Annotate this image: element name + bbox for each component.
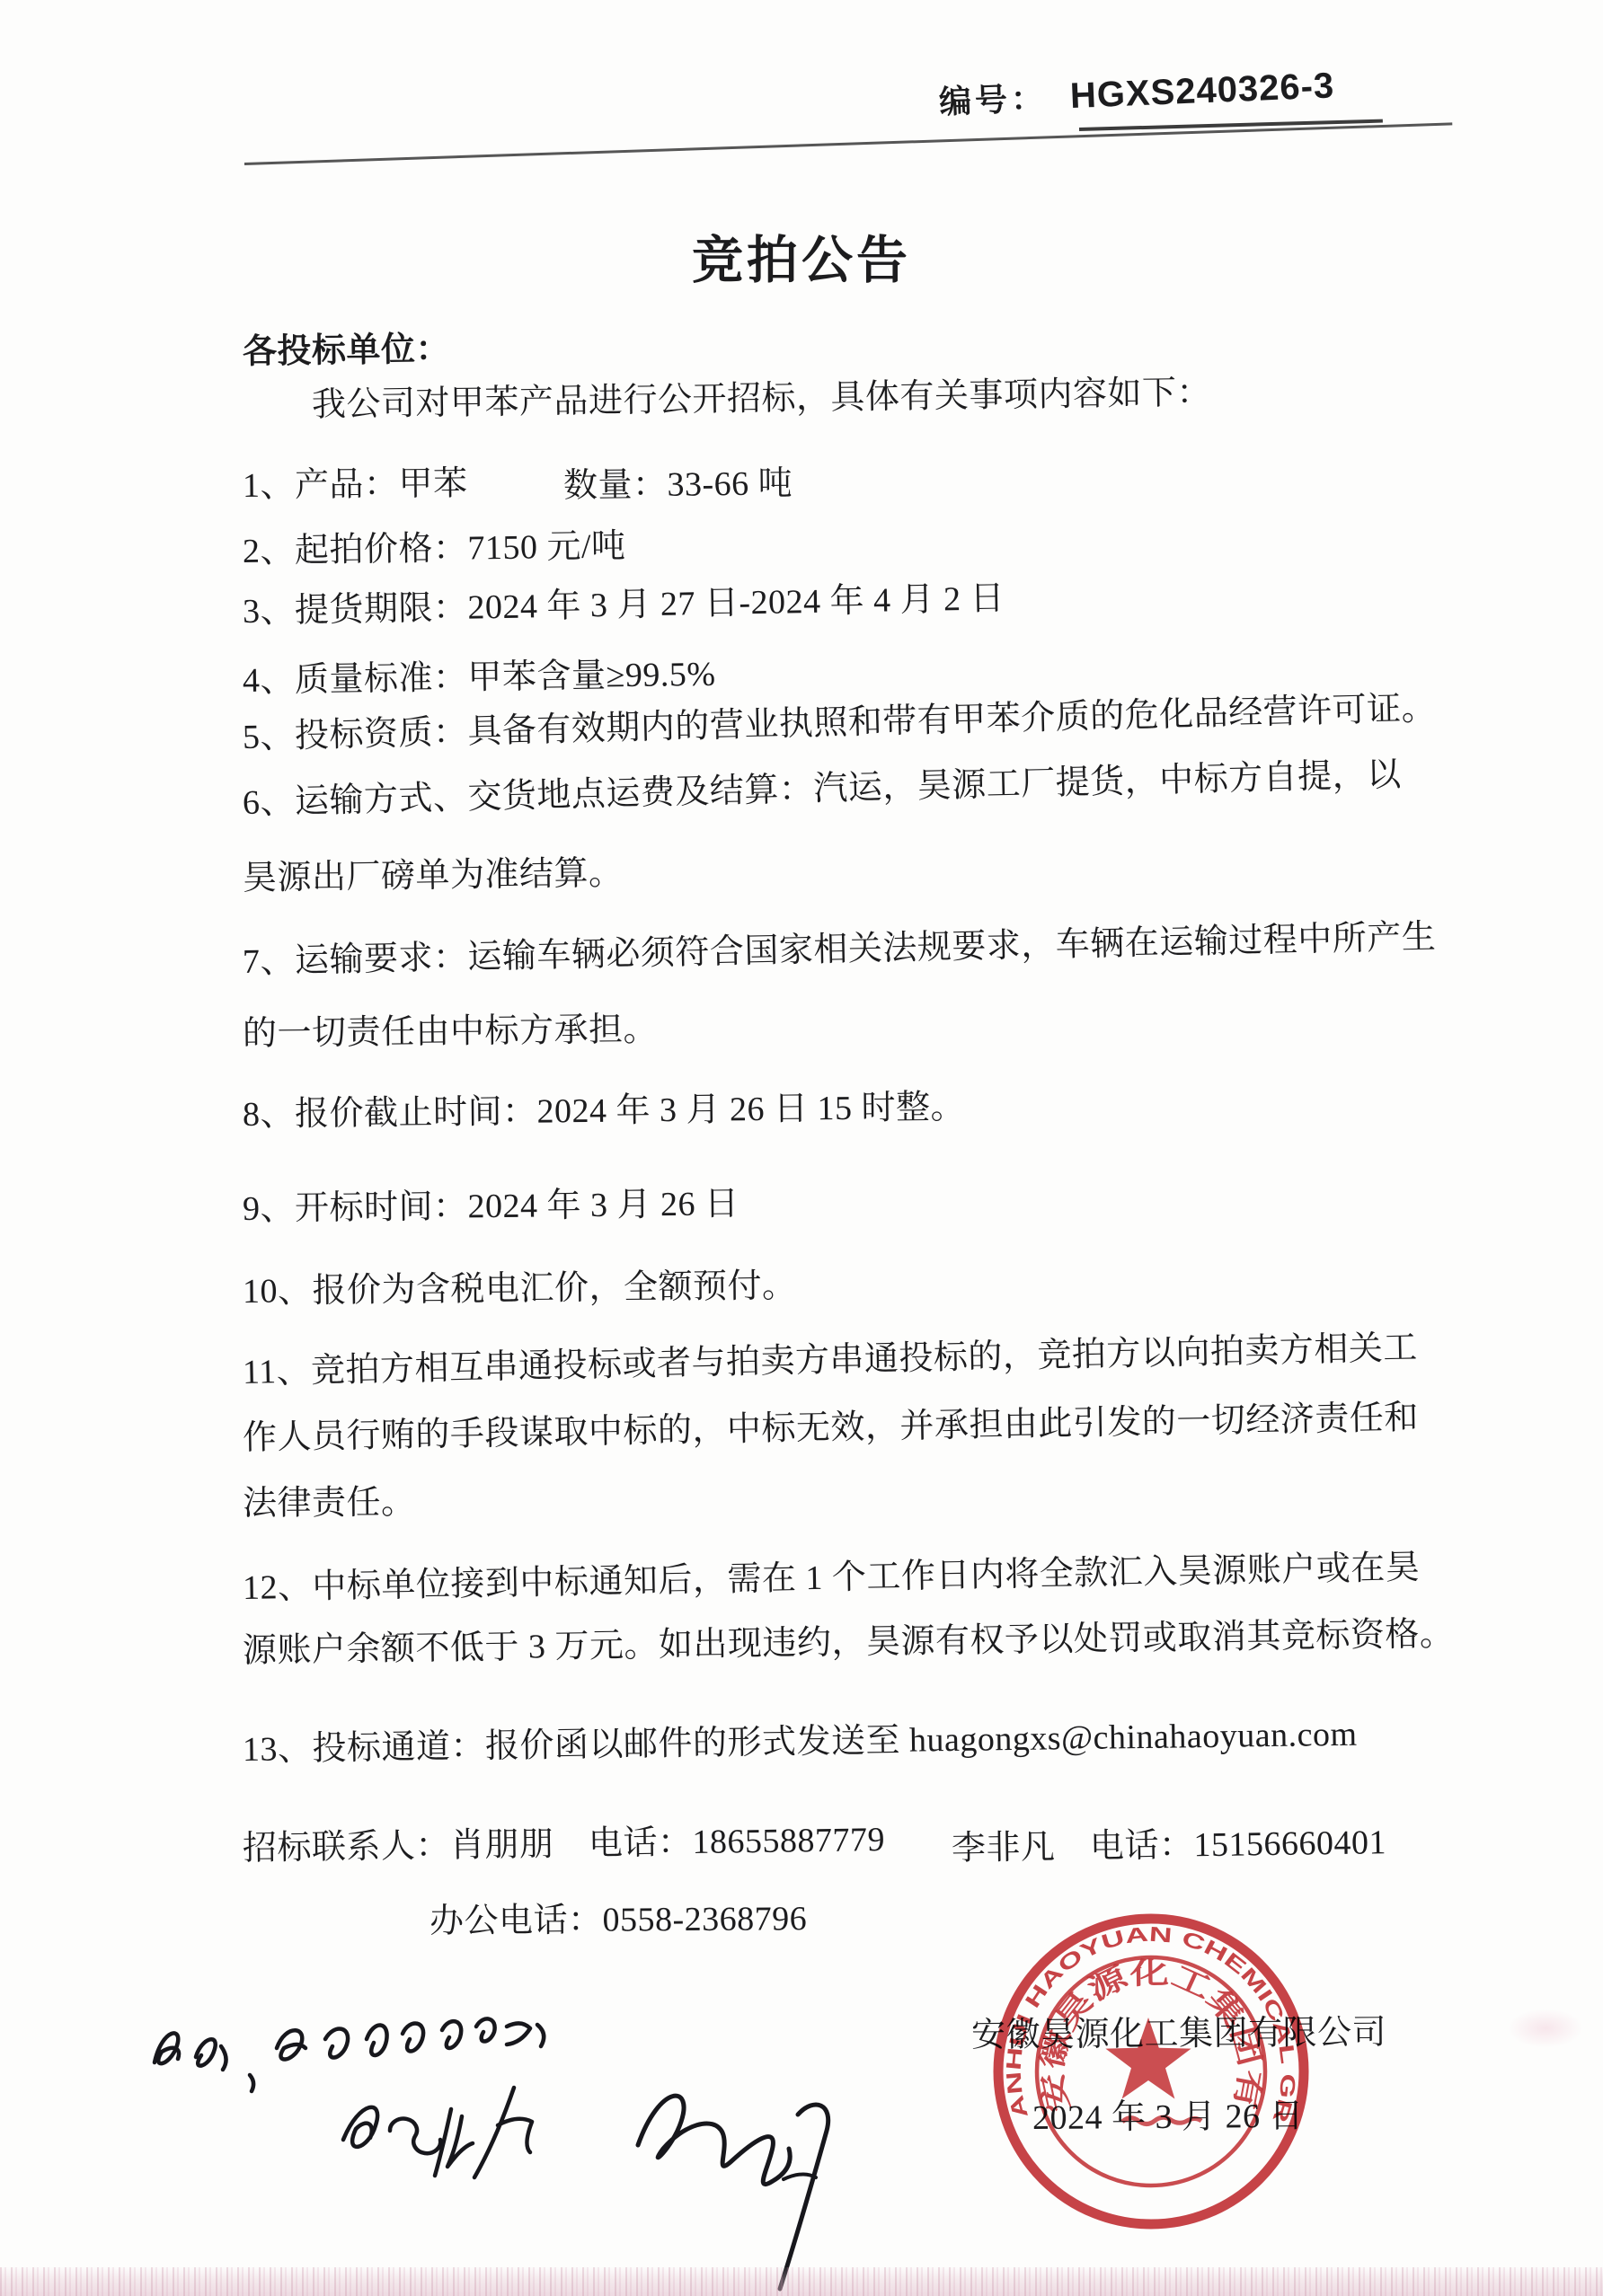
item-13: 13、投标通道：报价函以邮件的形式发送至 huagongxs@chinahaoy…: [243, 1716, 1358, 1771]
item-8: 8、报价截止时间：2024 年 3 月 26 日 15 时整。: [243, 1089, 965, 1135]
item-1: 1、产品：甲苯: [243, 464, 468, 506]
signature-approver: [323, 2073, 584, 2226]
item-11-line2: 作人员行贿的手段谋取中标的，中标无效，并承担由此引发的一切经济责任和: [243, 1399, 1420, 1459]
item-10: 10、报价为含税电汇价，全额预付。: [243, 1267, 797, 1312]
item-3: 3、提货期限：2024 年 3 月 27 日-2024 年 4 月 2 日: [243, 579, 1005, 631]
intro-line: 我公司对甲苯产品进行公开招标，具体有关事项内容如下：: [312, 374, 1212, 426]
item-6-line1: 6、运输方式、交货地点运费及结算：汽运，昊源工厂提货，中标方自提，以: [242, 755, 1402, 823]
ref-label: 编号：: [938, 80, 1048, 120]
item-12-line2: 源账户余额不低于 3 万元。如出现违约，昊源有权予以处罚或取消其竞标资格。: [243, 1615, 1455, 1672]
item-12-line1: 12、中标单位接到中标通知后，需在 1 个工作日内将全款汇入昊源账户或在昊: [243, 1549, 1421, 1609]
scanned-document-page: 编号：HGXS240326-3 竞拍公告 各投标单位： 我公司对甲苯产品进行公开…: [0, 0, 1603, 2296]
official-seal: ANHUI HAOYUAN CHEMICAL GROUP CO., LTD. 安…: [971, 1892, 1331, 2251]
signature-manager: [607, 2062, 886, 2296]
item-5: 5、投标资质：具备有效期内的营业执照和带有甲苯介质的危化品经营许可证。: [242, 690, 1436, 758]
ref-number: HGXS240326-3: [1069, 66, 1335, 116]
scan-noise-band: [0, 2267, 1603, 2296]
office-phone: 办公电话：0558-2368796: [430, 1900, 807, 1942]
item-6-line2: 昊源出厂磅单为准结算。: [243, 854, 624, 899]
scan-smudge: [1508, 2009, 1583, 2048]
item-9: 9、开标时间：2024 年 3 月 26 日: [243, 1185, 740, 1229]
page-title: 竞拍公告: [0, 219, 1603, 293]
item-11-line3: 法律责任。: [243, 1484, 416, 1524]
item-7-line1: 7、运输要求：运输车辆必须符合国家相关法规要求，车辆在运输过程中所产生: [243, 918, 1437, 983]
item-2: 2、起拍价格：7150 元/吨: [243, 527, 626, 572]
contact-primary: 招标联系人：肖朋朋 电话：18655887779: [243, 1821, 886, 1869]
item-4: 4、质量标准：甲苯含量≥99.5%: [243, 656, 716, 702]
salutation: 各投标单位：: [243, 331, 451, 373]
seal-wavy-mark: [1122, 2117, 1201, 2124]
contact-secondary: 李非凡 电话：15156660401: [952, 1824, 1387, 1868]
item-7-line2: 的一切责任由中标方承担。: [243, 1011, 658, 1055]
letterhead-rule: [244, 122, 1452, 165]
seal-star-icon: [1105, 2018, 1191, 2099]
doc-ref-block: 编号：HGXS240326-3: [938, 61, 1335, 123]
item-1-qty: 数量：33-66 吨: [563, 464, 793, 506]
item-11-line1: 11、竞拍方相互串通投标或者与拍卖方串通投标的，竞拍方以向拍卖方相关工: [243, 1329, 1419, 1393]
